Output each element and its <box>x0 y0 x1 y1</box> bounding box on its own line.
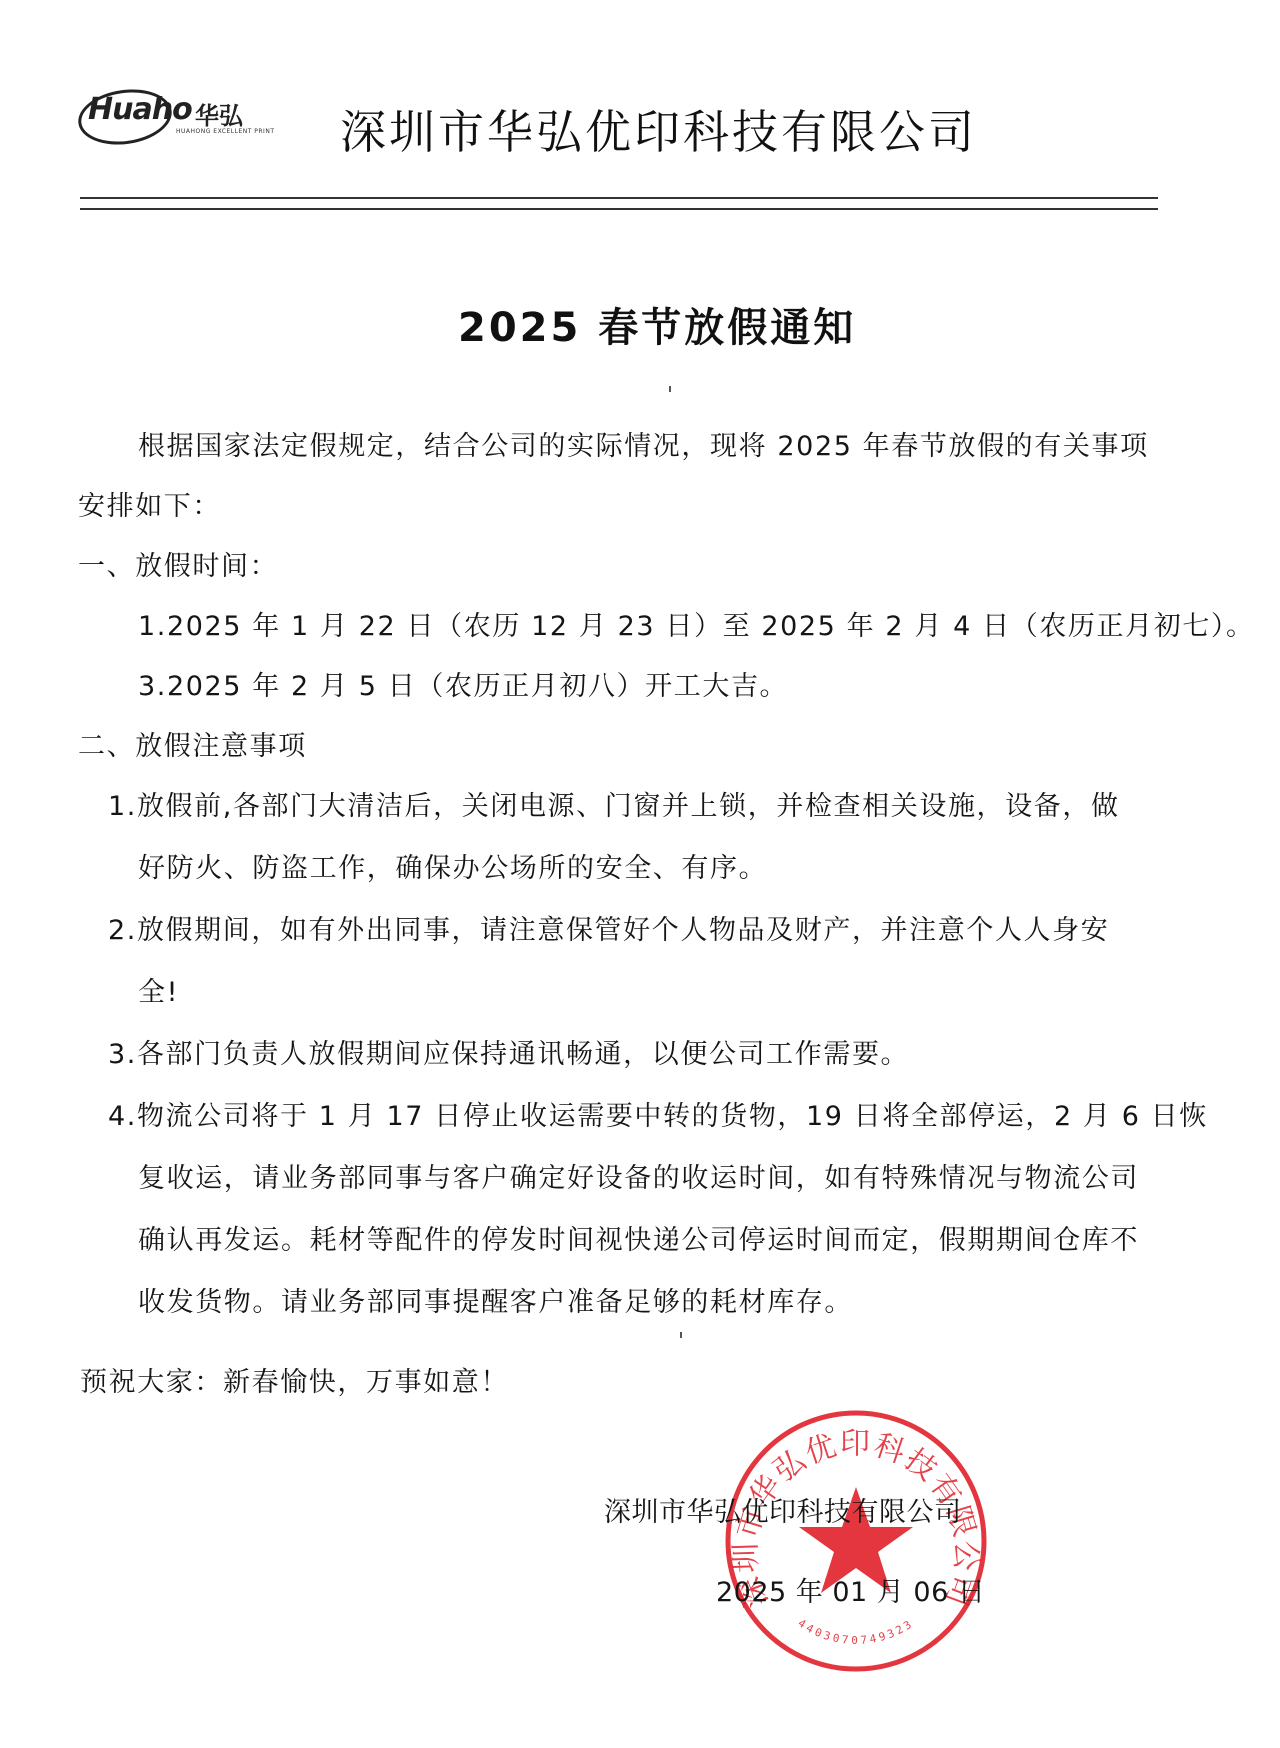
scan-speck <box>680 1332 682 1338</box>
precaution-3-line-1: 3.各部门负责人放假期间应保持通讯畅通，以便公司工作需要。 <box>108 1032 909 1071</box>
intro-line-1: 根据国家法定假规定，结合公司的实际情况，现将 2025 年春节放假的有关事项 <box>138 424 1149 463</box>
scan-speck <box>669 386 671 392</box>
holiday-time-item-1: 1.2025 年 1 月 22 日（农历 12 月 23 日）至 2025 年 … <box>138 604 1255 643</box>
precaution-4-line-4: 收发货物。请业务部同事提醒客户准备足够的耗材库存。 <box>138 1280 853 1319</box>
precaution-2-line-1: 2.放假期间，如有外出同事，请注意保管好个人物品及财产，并注意个人人身安 <box>108 908 1109 947</box>
intro-line-2: 安排如下： <box>78 484 221 523</box>
logo-tagline: HUAHONG EXCELLENT PRINT <box>176 128 274 135</box>
precaution-1-line-2: 好防火、防盗工作，确保办公场所的安全、有序。 <box>138 846 767 885</box>
logo-chinese: 华弘 <box>195 96 243 131</box>
seal-icon: 深圳市华弘优印科技有限公司 4403070749323 <box>720 1405 992 1677</box>
letterhead-rule-top <box>80 197 1158 199</box>
section-heading-holiday-time: 一、放假时间： <box>78 544 278 583</box>
logo-latin: Huaho <box>88 92 192 127</box>
svg-text:4403070749323: 4403070749323 <box>796 1617 917 1647</box>
precaution-4-line-2: 复收运，请业务部同事与客户确定好设备的收运时间，如有特殊情况与物流公司 <box>138 1156 1139 1195</box>
holiday-time-item-2: 3.2025 年 2 月 5 日（农历正月初八）开工大吉。 <box>138 664 788 703</box>
precaution-1-line-1: 1.放假前,各部门大清洁后，关闭电源、门窗并上锁，并检查相关设施，设备，做 <box>108 784 1120 823</box>
precaution-2-line-2: 全! <box>138 970 179 1009</box>
notice-title: 2025 春节放假通知 <box>458 296 856 353</box>
signature-date: 2025 年 01 月 06 日 <box>716 1570 985 1609</box>
company-seal-stamp: 深圳市华弘优印科技有限公司 4403070749323 <box>720 1405 992 1677</box>
precaution-4-line-1: 4.物流公司将于 1 月 17 日停止收运需要中转的货物，19 日将全部停运，2… <box>108 1094 1208 1133</box>
section-heading-precautions: 二、放假注意事项 <box>78 724 307 763</box>
signature-company: 深圳市华弘优印科技有限公司 <box>604 1490 962 1529</box>
letterhead-company-name: 深圳市华弘优印科技有限公司 <box>340 96 977 162</box>
letterhead-rule-bottom <box>80 208 1158 210</box>
precaution-4-line-3: 确认再发运。耗材等配件的停发时间视快递公司停运时间而定，假期期间仓库不 <box>138 1218 1139 1257</box>
closing-greeting: 预祝大家：新春愉快，万事如意！ <box>80 1360 509 1399</box>
company-logo: Huaho 华弘 HUAHONG EXCELLENT PRINT <box>78 84 268 144</box>
